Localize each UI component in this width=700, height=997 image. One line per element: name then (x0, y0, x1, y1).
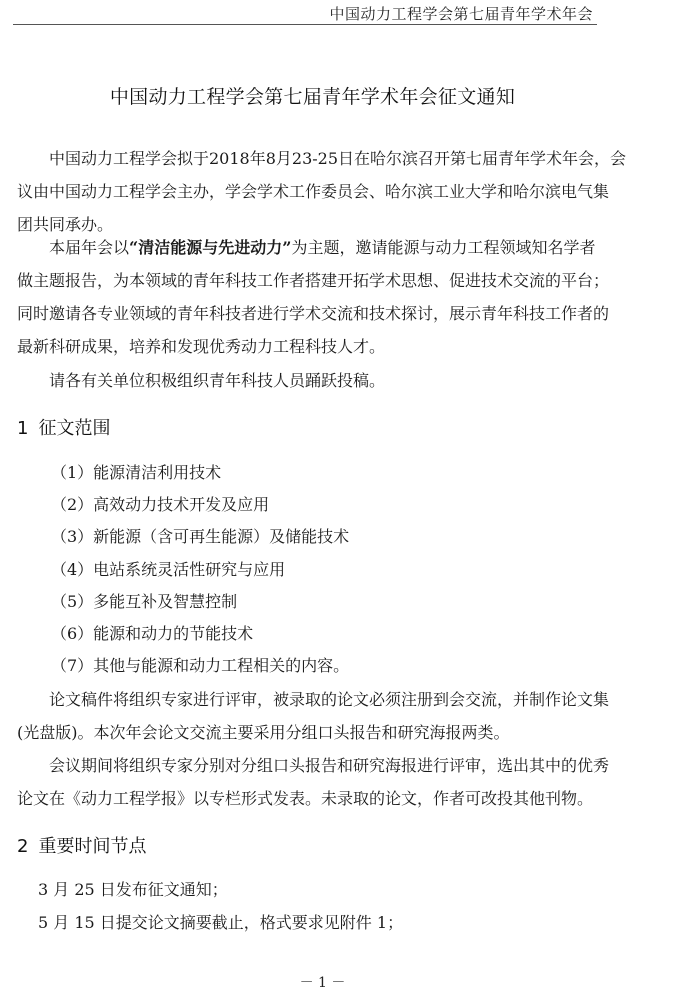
section-heading-1: 1征文范围 (17, 414, 110, 440)
topics-list: （1）能源清洁利用技术 （2）高效动力技术开发及应用 （3）新能源（含可再生能源… (51, 457, 349, 682)
intro-paragraph-2: 本届年会以“清洁能源与先进动力”为主题，邀请能源与动力工程领域知名学者 做主题报… (17, 231, 597, 363)
list-item: （4）电站系统灵活性研究与应用 (51, 554, 349, 586)
text-line: 做主题报告，为本领域的青年科技工作者搭建开拓学术思想、促进技术交流的平台； (17, 264, 597, 297)
text-line: 请各有关单位积极组织青年科技人员踊跃投稿。 (17, 364, 597, 397)
timeline-item: 3 月 25 日发布征文通知； (38, 873, 403, 906)
list-item: （5）多能互补及智慧控制 (51, 586, 349, 618)
section-title: 重要时间节点 (38, 836, 146, 857)
section-heading-2: 2重要时间节点 (17, 832, 146, 858)
text-line: (光盘版)。本次年会论文交流主要采用分组口头报告和研究海报两类。 (17, 716, 597, 749)
list-item: （7）其他与能源和动力工程相关的内容。 (51, 650, 349, 682)
section-title: 征文范围 (38, 418, 110, 439)
text-line: 议由中国动力工程学会主办，学会学术工作委员会、哈尔滨工业大学和哈尔滨电气集 (17, 175, 597, 208)
list-item: （6）能源和动力的节能技术 (51, 618, 349, 650)
running-header: 中国动力工程学会第七届青年学术年会 (13, 0, 597, 25)
text-line: 论文稿件将组织专家进行评审，被录取的论文必须注册到会交流，并制作论文集 (17, 683, 597, 716)
document-title: 中国动力工程学会第七届青年学术年会征文通知 (0, 82, 700, 109)
list-item: （2）高效动力技术开发及应用 (51, 489, 349, 521)
page-number: － 1 － (0, 972, 700, 992)
running-header-title: 中国动力工程学会第七届青年学术年会 (329, 3, 593, 24)
text-line: 会议期间将组织专家分别对分组口头报告和研究海报进行评审，选出其中的优秀 (17, 749, 597, 782)
intro-paragraph-3: 请各有关单位积极组织青年科技人员踊跃投稿。 (17, 364, 597, 397)
list-item: （1）能源清洁利用技术 (51, 457, 349, 489)
timeline-list: 3 月 25 日发布征文通知； 5 月 15 日提交论文摘要截止，格式要求见附件… (38, 873, 403, 939)
intro-paragraph-1: 中国动力工程学会拟于2018年8月23-25日在哈尔滨召开第七届青年学术年会，会… (17, 142, 597, 241)
text-fragment: 本届年会以 (49, 238, 129, 257)
timeline-item: 5 月 15 日提交论文摘要截止，格式要求见附件 1； (38, 906, 403, 939)
text-line: 本届年会以“清洁能源与先进动力”为主题，邀请能源与动力工程领域知名学者 (17, 231, 597, 264)
section-number: 1 (17, 418, 28, 439)
text-line: 同时邀请各专业领域的青年科技者进行学术交流和技术探讨，展示青年科技工作者的 (17, 297, 597, 330)
text-line: 最新科研成果，培养和发现优秀动力工程科技人才。 (17, 330, 597, 363)
text-fragment: 为主题，邀请能源与动力工程领域知名学者 (291, 238, 595, 257)
section-number: 2 (17, 836, 28, 857)
theme-emphasis: “清洁能源与先进动力” (129, 238, 291, 257)
list-item: （3）新能源（含可再生能源）及储能技术 (51, 521, 349, 553)
publish-paragraph: 会议期间将组织专家分别对分组口头报告和研究海报进行评审，选出其中的优秀 论文在《… (17, 749, 597, 815)
review-paragraph: 论文稿件将组织专家进行评审，被录取的论文必须注册到会交流，并制作论文集 (光盘版… (17, 683, 597, 749)
text-line: 论文在《动力工程学报》以专栏形式发表。未录取的论文，作者可改投其他刊物。 (17, 782, 597, 815)
text-line: 中国动力工程学会拟于2018年8月23-25日在哈尔滨召开第七届青年学术年会，会 (17, 142, 597, 175)
